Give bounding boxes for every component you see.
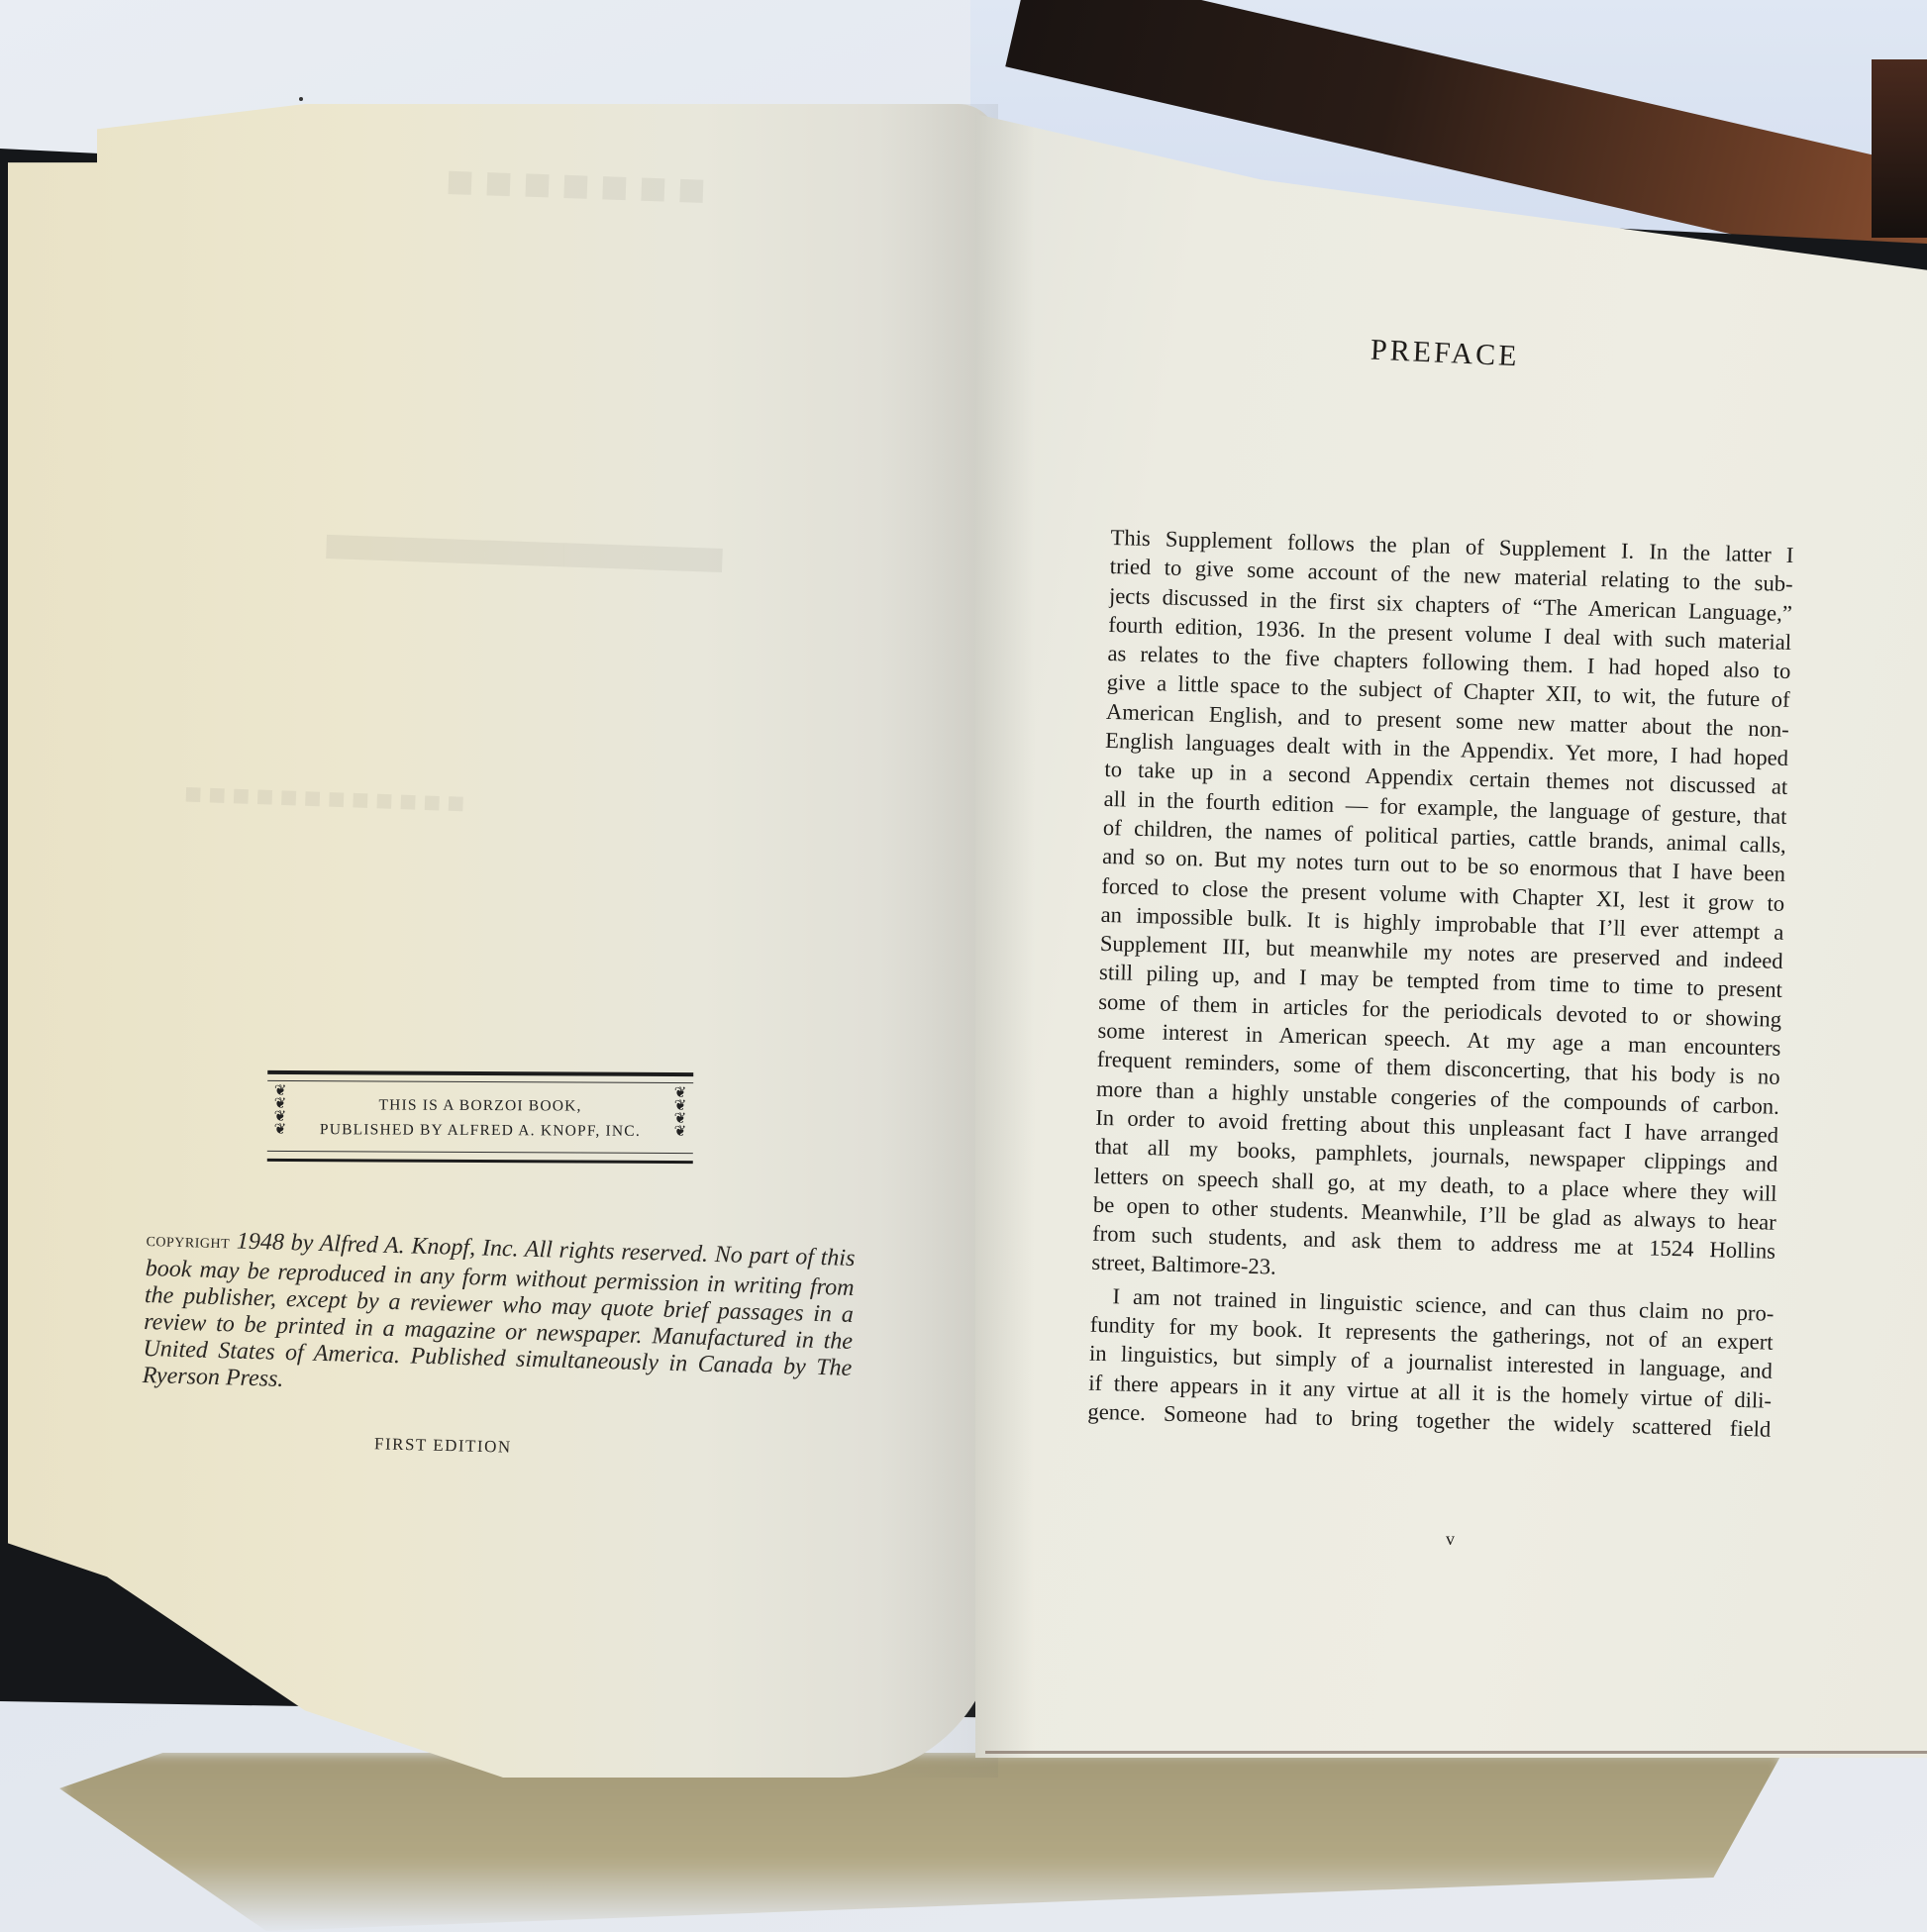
page-number: v (1446, 1529, 1455, 1550)
right-page-bottom-edge (985, 1751, 1927, 1754)
page-title: PREFACE (1369, 334, 1520, 374)
copyright-year: 1948 (237, 1229, 285, 1256)
photo-scene: ■■■■■■■ ▬▬▬▬▬ ■■■■■■■■■■■■ ❦❦❦❦ THIS IS … (0, 0, 1927, 1932)
colophon-line-2: PUBLISHED BY ALFRED A. KNOPF, INC. (293, 1117, 667, 1144)
borzoi-colophon: ❦❦❦❦ THIS IS A BORZOI BOOK, PUBLISHED BY… (267, 1070, 693, 1164)
wheat-sprig-icon-left: ❦❦❦❦ (269, 1084, 291, 1148)
colophon-rule-top (267, 1070, 693, 1076)
copyright-notice: COPYRIGHT 1948 by Alfred A. Knopf, Inc. … (142, 1226, 855, 1409)
preface-body: This Supplement follows the plan of Supp… (1087, 523, 1794, 1444)
left-page (8, 104, 998, 1778)
wheat-sprig-icon-right: ❦❦❦❦ (669, 1086, 691, 1150)
paragraph-2: I am not trained in linguistic science, … (1087, 1280, 1775, 1443)
edition-label: FIRST EDITION (374, 1434, 512, 1457)
copyright-label: COPYRIGHT (146, 1235, 230, 1252)
colophon-rule-bottom-thin (267, 1151, 693, 1154)
colophon-line-1: THIS IS A BORZOI BOOK, (293, 1092, 667, 1119)
paragraph-1: This Supplement follows the plan of Supp… (1091, 523, 1794, 1295)
paper-speck (299, 97, 303, 101)
background-dark-object-edge (1872, 59, 1927, 238)
book-shadow (59, 1753, 1782, 1931)
colophon-rule-top-thin (267, 1080, 693, 1083)
colophon-text: THIS IS A BORZOI BOOK, PUBLISHED BY ALFR… (293, 1092, 667, 1144)
